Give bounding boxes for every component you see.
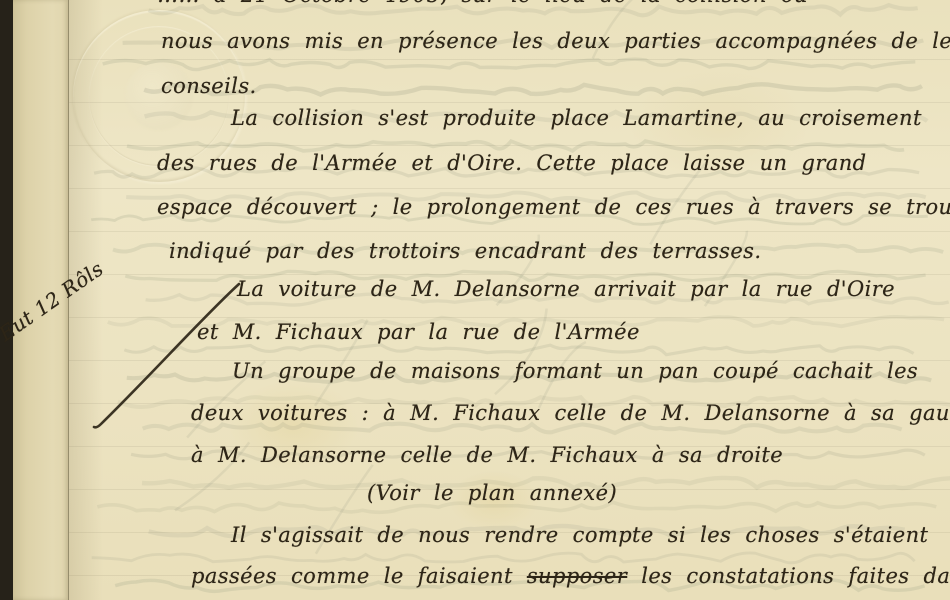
manuscript-line: conseils. — [161, 71, 257, 101]
manuscript-line: Un groupe de maisons formant un pan coup… — [232, 356, 918, 386]
line15-post: les constatations faites dans — [627, 564, 950, 588]
manuscript-line: espace découvert ; le prolongement de ce… — [157, 192, 950, 222]
manuscript-line: La voiture de M. Delansorne arrivait par… — [237, 274, 895, 304]
manuscript-line: indiqué par des trottoirs encadrant des … — [169, 236, 761, 266]
manuscript-line: et M. Fichaux par la rue de l'Armée — [197, 317, 640, 347]
manuscript-page: …… à 21 Octobre 1905, sur le lieu de la … — [69, 0, 950, 600]
manuscript-line: deux voitures : à M. Fichaux celle de M.… — [191, 398, 950, 428]
manuscript-line: nous avons mis en présence les deux part… — [161, 26, 950, 56]
manuscript-line: La collision s'est produite place Lamart… — [231, 103, 922, 133]
manuscript-line: Il s'agissait de nous rendre compte si l… — [231, 520, 928, 550]
manuscript-line: (Voir le plan annexé) — [367, 478, 617, 508]
line15-pre: passées comme le faisaient — [191, 564, 527, 588]
line15-struck-word: supposer — [527, 564, 627, 588]
manuscript-line: à M. Delansorne celle de M. Fichaux à sa… — [191, 440, 783, 470]
manuscript-line: …… à 21 Octobre 1905, sur le lieu de la … — [157, 0, 808, 10]
manuscript-line: des rues de l'Armée et d'Oire. Cette pla… — [157, 148, 866, 178]
manuscript-line: passées comme le faisaient supposer les … — [191, 561, 950, 591]
